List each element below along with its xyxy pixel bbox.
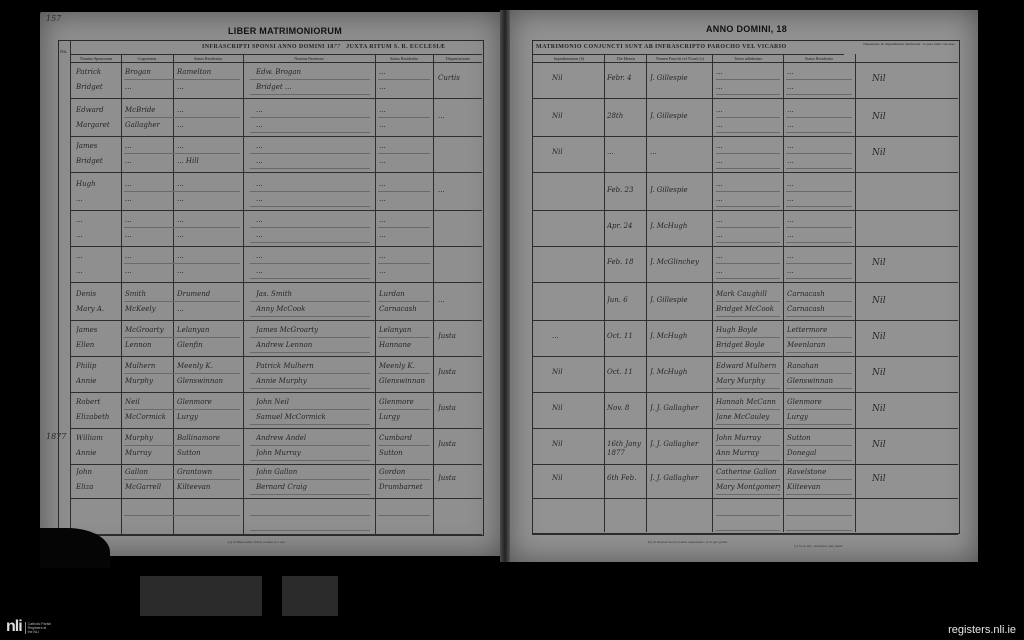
- ruled-line: [124, 79, 240, 80]
- witness-name: ...: [716, 142, 780, 150]
- ruled-line: [124, 191, 240, 192]
- row-divider: [70, 246, 482, 247]
- residence: Lurgy: [177, 413, 241, 421]
- witness-name: Jane McCauley: [716, 413, 780, 421]
- dispensation: ...: [438, 186, 480, 194]
- ruled-line: [378, 445, 430, 446]
- residence: Grantown: [177, 468, 241, 476]
- surname: McBride: [125, 106, 171, 114]
- witness-residence: ...: [787, 68, 851, 76]
- surname: McKeely: [125, 305, 171, 313]
- parent-residence: Drumbarnet: [379, 483, 431, 491]
- nli-logo-text: Catholic Parish Registers at the NLI: [25, 622, 52, 634]
- groom-bride-name: Philip: [76, 362, 120, 370]
- groom-bride-name: James: [76, 142, 120, 150]
- witness-name: ...: [716, 252, 780, 260]
- witness-name: Bridget McCook: [716, 305, 780, 313]
- witness-name: ...: [716, 267, 780, 275]
- dispensation: ...: [438, 112, 480, 120]
- parent-residence: ...: [379, 267, 431, 275]
- priest-name: J. McHugh: [650, 368, 710, 376]
- nli-logo[interactable]: nli Catholic Parish Registers at the NLI: [6, 620, 51, 634]
- ruled-line: [250, 206, 370, 207]
- site-link[interactable]: registers.nli.ie: [948, 624, 1016, 636]
- ruled-line: [250, 409, 370, 410]
- impediment: ...: [552, 332, 602, 340]
- left-col-header: Cognomina: [122, 56, 172, 61]
- left-footnote: (a) Si Dispensatio fuerit, notetur et a …: [228, 540, 286, 544]
- parent-name: Andrew Andel: [256, 434, 372, 442]
- surname: ...: [125, 195, 171, 203]
- ruled-line: [786, 79, 852, 80]
- marriage-date: Febr. 4: [607, 74, 645, 83]
- groom-bride-name: John: [76, 468, 120, 476]
- priest-name: J. J. Gallagher: [650, 440, 710, 448]
- ruled-line: [378, 373, 430, 374]
- priest-name: J. J. Gallagher: [650, 474, 710, 482]
- surname: Mulhern: [125, 362, 171, 370]
- ruled-line: [786, 316, 852, 317]
- ruled-line: [716, 117, 780, 118]
- residence: ...: [177, 83, 241, 91]
- ruled-line: [124, 479, 240, 480]
- ruled-line: [716, 388, 780, 389]
- surname: Neil: [125, 398, 171, 406]
- right-footnote-b: (b) Si aliquod fuerit, notetur dispensat…: [648, 540, 728, 544]
- witness-residence: Carnacash: [787, 305, 851, 313]
- row-divider: [70, 534, 482, 535]
- surname: Murphy: [125, 434, 171, 442]
- ruled-line: [124, 409, 240, 410]
- witness-name: Ann Murray: [716, 449, 780, 457]
- dispensation: Justa: [438, 404, 480, 412]
- witness-name: Mary Montgomery: [716, 483, 780, 491]
- witness-residence: Glenswinnan: [787, 377, 851, 385]
- witness-residence: Donegal: [787, 449, 851, 457]
- ruled-line: [250, 388, 370, 389]
- ruled-line: [250, 168, 370, 169]
- parent-residence: ...: [379, 216, 431, 224]
- ruled-line: [124, 263, 240, 264]
- residence: Sutton: [177, 449, 241, 457]
- groom-bride-name: James: [76, 326, 120, 334]
- ruled-line: [786, 460, 852, 461]
- marriage-date: Oct. 11: [607, 368, 645, 377]
- dispensation: Justa: [438, 368, 480, 376]
- ruled-line: [716, 316, 780, 317]
- surname: McCormick: [125, 413, 171, 421]
- page-number-note: 157: [46, 14, 61, 23]
- witness-residence: Glenmore: [787, 398, 851, 406]
- row-divider: [532, 428, 958, 429]
- groom-bride-name: ...: [76, 252, 120, 260]
- ruled-line: [124, 153, 240, 154]
- parent-residence: ...: [379, 231, 431, 239]
- residence: Ballinamore: [177, 434, 241, 442]
- right-dispensation: Nil: [872, 148, 952, 158]
- ruled-line: [716, 242, 780, 243]
- ruled-line: [716, 424, 780, 425]
- ruled-line: [716, 79, 780, 80]
- witness-name: Hugh Boyle: [716, 326, 780, 334]
- row-divider: [70, 98, 482, 99]
- priest-name: J. McHugh: [650, 222, 710, 230]
- right-dispensation: Nil: [872, 74, 952, 84]
- witness-residence: Lurgy: [787, 413, 851, 421]
- ruled-line: [716, 153, 780, 154]
- ruled-line: [378, 479, 430, 480]
- row-divider: [532, 98, 958, 99]
- witness-name: ...: [716, 121, 780, 129]
- row-divider: [70, 498, 482, 499]
- groom-bride-name: Bridget: [76, 83, 120, 91]
- ruled-line: [378, 117, 430, 118]
- nli-logo-mark: nli: [6, 620, 22, 634]
- row-divider: [70, 464, 482, 465]
- row-divider: [532, 356, 958, 357]
- groom-bride-name: Annie: [76, 377, 120, 385]
- right-dispensation: Nil: [872, 112, 952, 122]
- groom-bride-name: Bridget: [76, 157, 120, 165]
- ruled-line: [716, 352, 780, 353]
- marriage-date: Feb. 23: [607, 186, 645, 195]
- ruled-line: [378, 263, 430, 264]
- row-divider: [70, 282, 482, 283]
- margin-entry: 1877: [46, 432, 66, 441]
- row-divider: [70, 136, 482, 137]
- ruled-line: [786, 94, 852, 95]
- parent-name: Samuel McCormick: [256, 413, 372, 421]
- groom-bride-name: Mary A.: [76, 305, 120, 313]
- residence: Glenfin: [177, 341, 241, 349]
- parent-residence: Lelanyan: [379, 326, 431, 334]
- left-col-header: Status Residentia: [174, 56, 242, 61]
- parent-name: Patrick Mulhern: [256, 362, 372, 370]
- ruled-line: [716, 530, 780, 531]
- witness-residence: Sutton: [787, 434, 851, 442]
- parent-residence: ...: [379, 68, 431, 76]
- row-divider: [70, 392, 482, 393]
- ruled-line: [250, 94, 370, 95]
- ruled-line: [250, 445, 370, 446]
- impediment: Nil: [552, 74, 602, 82]
- dispensation: Curtis: [438, 74, 480, 82]
- witness-residence: ...: [787, 252, 851, 260]
- ruled-line: [716, 263, 780, 264]
- parent-name: ...: [256, 216, 372, 224]
- ruled-line: [124, 227, 240, 228]
- groom-bride-name: Edward: [76, 106, 120, 114]
- parent-residence: ...: [379, 157, 431, 165]
- ruled-line: [786, 227, 852, 228]
- priest-name: J. Gillespie: [650, 74, 710, 82]
- residence: ...: [177, 180, 241, 188]
- witness-residence: Lettermore: [787, 326, 851, 334]
- impediment: Nil: [552, 474, 602, 482]
- no-label: No.: [60, 50, 67, 55]
- ruled-line: [716, 409, 780, 410]
- priest-name: J. J. Gallagher: [650, 404, 710, 412]
- right-header-note: Dispensatio ab impedimentis matrimonii /…: [862, 42, 956, 46]
- row-divider: [532, 246, 958, 247]
- residence: ...: [177, 106, 241, 114]
- witness-residence: Carnacash: [787, 290, 851, 298]
- ruled-line: [786, 445, 852, 446]
- groom-bride-name: ...: [76, 195, 120, 203]
- right-dispensation: Nil: [872, 296, 952, 306]
- ruled-line: [786, 278, 852, 279]
- ruled-line: [786, 117, 852, 118]
- ruled-line: [786, 263, 852, 264]
- parent-name: ...: [256, 252, 372, 260]
- groom-bride-name: Annie: [76, 449, 120, 457]
- ruled-line: [786, 153, 852, 154]
- witness-name: ...: [716, 195, 780, 203]
- ruled-line: [250, 79, 370, 80]
- row-divider: [70, 428, 482, 429]
- parent-name: ...: [256, 180, 372, 188]
- left-page-title: LIBER MATRIMONIORUM: [228, 26, 342, 36]
- ruled-line: [250, 494, 370, 495]
- groom-bride-name: Elizabeth: [76, 413, 120, 421]
- witness-residence: ...: [787, 195, 851, 203]
- ruled-line: [716, 227, 780, 228]
- ruled-line: [716, 494, 780, 495]
- parent-name: ...: [256, 267, 372, 275]
- witness-name: ...: [716, 83, 780, 91]
- marriage-date: Nov. 8: [607, 404, 645, 413]
- right-header-line: MATRIMONIO CONJUNCTI SUNT AB INFRASCRIPT…: [536, 44, 787, 50]
- witness-residence: ...: [787, 267, 851, 275]
- ruled-line: [786, 515, 852, 516]
- residence: Ramelton: [177, 68, 241, 76]
- book-gutter: [500, 10, 510, 562]
- priest-name: J. Gillespie: [650, 186, 710, 194]
- ruled-line: [716, 94, 780, 95]
- dispensation: Justa: [438, 440, 480, 448]
- right-page-title: ANNO DOMINI, 18: [706, 24, 787, 34]
- right-dispensation: Nil: [872, 404, 952, 414]
- parent-residence: Hannane: [379, 341, 431, 349]
- ruled-line: [786, 242, 852, 243]
- marriage-date: Apr. 24: [607, 222, 645, 231]
- surname: ...: [125, 252, 171, 260]
- parent-name: ...: [256, 157, 372, 165]
- left-col-header: Nomina Parentum: [244, 56, 374, 61]
- parent-name: Jas. Smith: [256, 290, 372, 298]
- parent-residence: ...: [379, 252, 431, 260]
- witness-name: ...: [716, 216, 780, 224]
- witness-residence: ...: [787, 121, 851, 129]
- ruled-line: [250, 242, 370, 243]
- right-dispensation: Nil: [872, 258, 952, 268]
- marriage-date: 28th: [607, 112, 645, 121]
- row-divider: [532, 464, 958, 465]
- witness-residence: Ranahan: [787, 362, 851, 370]
- parent-residence: Sutton: [379, 449, 431, 457]
- ruled-line: [786, 206, 852, 207]
- parent-residence: ...: [379, 195, 431, 203]
- witness-name: ...: [716, 157, 780, 165]
- row-divider: [70, 356, 482, 357]
- surname: ...: [125, 216, 171, 224]
- ruled-line: [716, 132, 780, 133]
- dispensation: ...: [438, 296, 480, 304]
- background-object: [140, 576, 262, 616]
- ruled-line: [250, 316, 370, 317]
- marriage-date: ...: [607, 148, 645, 157]
- ruled-line: [716, 337, 780, 338]
- impediment: Nil: [552, 440, 602, 448]
- ruled-line: [716, 191, 780, 192]
- residence: ...: [177, 195, 241, 203]
- right-col-header: Nomen Parochi vel Vicarii (c): [648, 56, 712, 61]
- parent-name: John Gallon: [256, 468, 372, 476]
- groom-bride-name: ...: [76, 231, 120, 239]
- groom-bride-name: ...: [76, 267, 120, 275]
- impediment: Nil: [552, 368, 602, 376]
- parent-name: Edw. Brogan: [256, 68, 372, 76]
- ruled-line: [786, 388, 852, 389]
- witness-name: Hannah McCann: [716, 398, 780, 406]
- ruled-line: [786, 494, 852, 495]
- ruled-line: [250, 132, 370, 133]
- ruled-line: [250, 460, 370, 461]
- ruled-line: [786, 409, 852, 410]
- row-divider: [532, 534, 958, 535]
- surname: ...: [125, 267, 171, 275]
- parent-residence: Meenly K.: [379, 362, 431, 370]
- ruled-line: [250, 301, 370, 302]
- witness-residence: ...: [787, 142, 851, 150]
- row-divider: [70, 172, 482, 173]
- parent-residence: Gordon: [379, 468, 431, 476]
- witness-residence: ...: [787, 83, 851, 91]
- ruled-line: [786, 352, 852, 353]
- parent-name: Anny McCook: [256, 305, 372, 313]
- parent-name: ...: [256, 106, 372, 114]
- ruled-line: [250, 117, 370, 118]
- residence: ... Hill: [177, 157, 241, 165]
- right-dispensation: Nil: [872, 440, 952, 450]
- witness-name: Mary Murphy: [716, 377, 780, 385]
- witness-residence: ...: [787, 106, 851, 114]
- ruled-line: [716, 479, 780, 480]
- ruled-line: [250, 352, 370, 353]
- residence: ...: [177, 252, 241, 260]
- parent-residence: Cumbard: [379, 434, 431, 442]
- parent-residence: Carnacash: [379, 305, 431, 313]
- right-col-header: Die Mensis: [606, 56, 646, 61]
- surname: Lennon: [125, 341, 171, 349]
- ruled-line: [716, 278, 780, 279]
- ruled-line: [786, 301, 852, 302]
- parent-name: John Neil: [256, 398, 372, 406]
- ruled-line: [786, 132, 852, 133]
- parent-name: ...: [256, 195, 372, 203]
- ruled-line: [250, 153, 370, 154]
- ruled-line: [378, 227, 430, 228]
- witness-residence: ...: [787, 157, 851, 165]
- ruled-line: [786, 168, 852, 169]
- ruled-line: [250, 227, 370, 228]
- parent-residence: ...: [379, 180, 431, 188]
- ruled-line: [250, 479, 370, 480]
- row-divider: [532, 210, 958, 211]
- ruled-line: [250, 278, 370, 279]
- witness-residence: Kilteevan: [787, 483, 851, 491]
- priest-name: J. McGlinchey: [650, 258, 710, 266]
- parent-name: Bernard Craig: [256, 483, 372, 491]
- parent-name: James McGroarty: [256, 326, 372, 334]
- ruled-line: [378, 301, 430, 302]
- dispensation: Justa: [438, 474, 480, 482]
- ruled-line: [786, 373, 852, 374]
- witness-name: ...: [716, 68, 780, 76]
- ruled-line: [124, 117, 240, 118]
- residence: Lelanyan: [177, 326, 241, 334]
- residence: Glenswinnan: [177, 377, 241, 385]
- row-divider: [532, 498, 958, 499]
- dispensation: Justa: [438, 332, 480, 340]
- right-col-header: Impedimentum (b): [534, 56, 604, 61]
- ruled-line: [716, 460, 780, 461]
- parent-residence: ...: [379, 83, 431, 91]
- groom-bride-name: Hugh: [76, 180, 120, 188]
- marriage-date: 6th Feb.: [607, 474, 645, 483]
- left-col-header: Nomina Sponsorum: [72, 56, 120, 61]
- right-col-header: Status Residentia: [784, 56, 854, 61]
- ruled-line: [378, 79, 430, 80]
- ruled-line: [716, 445, 780, 446]
- row-divider: [532, 320, 958, 321]
- ruled-line: [250, 337, 370, 338]
- witness-name: Mark Caughill: [716, 290, 780, 298]
- witness-name: ...: [716, 106, 780, 114]
- groom-bride-name: ...: [76, 216, 120, 224]
- witness-name: ...: [716, 180, 780, 188]
- right-dispensation: Nil: [872, 368, 952, 378]
- marriage-date: Jun. 6: [607, 296, 645, 305]
- ruled-line: [378, 409, 430, 410]
- ruled-line: [124, 301, 240, 302]
- groom-bride-name: Denis: [76, 290, 120, 298]
- impediment: Nil: [552, 112, 602, 120]
- residence: Meenly K.: [177, 362, 241, 370]
- parent-name: Annie Murphy: [256, 377, 372, 385]
- surname: McGarrell: [125, 483, 171, 491]
- right-footnote-c: (c) Si ab alio, inscriptur quis fuerit.: [794, 544, 843, 548]
- parent-name: Bridget ...: [256, 83, 372, 91]
- row-divider: [532, 136, 958, 137]
- row-divider: [532, 282, 958, 283]
- marriage-date: Oct. 11: [607, 332, 645, 341]
- groom-bride-name: Robert: [76, 398, 120, 406]
- marriage-date: Feb. 18: [607, 258, 645, 267]
- background-object: [282, 576, 338, 616]
- surname: Murphy: [125, 377, 171, 385]
- residence: ...: [177, 142, 241, 150]
- parent-name: Andrew Lennon: [256, 341, 372, 349]
- groom-bride-name: Patrick: [76, 68, 120, 76]
- surname: ...: [125, 231, 171, 239]
- residence: Kilteevan: [177, 483, 241, 491]
- row-divider: [70, 320, 482, 321]
- surname: Murray: [125, 449, 171, 457]
- impediment: Nil: [552, 404, 602, 412]
- row-divider: [532, 172, 958, 173]
- ruled-line: [786, 530, 852, 531]
